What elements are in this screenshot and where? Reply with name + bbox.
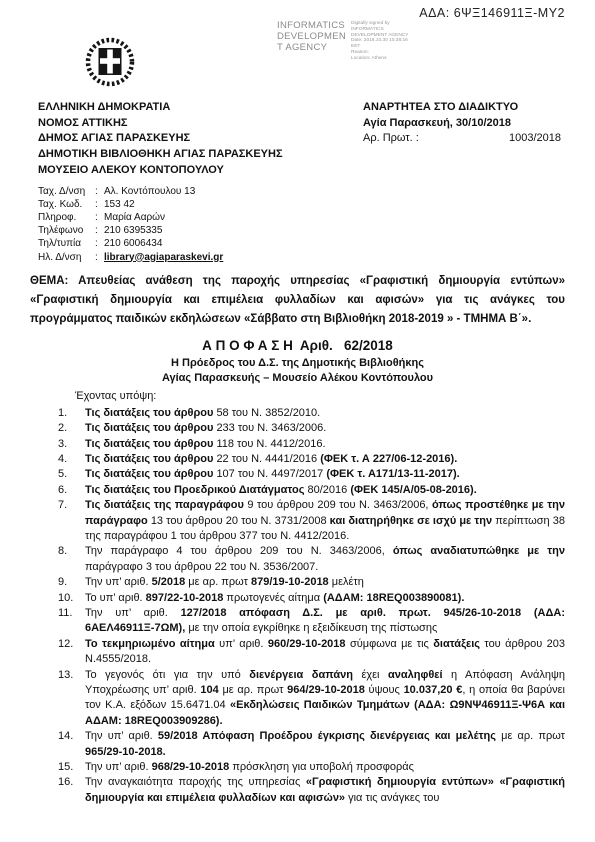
issuing-authority: ΕΛΛΗΝΙΚΗ ΔΗΜΟΚΡΑΤΙΑΝΟΜΟΣ ΑΤΤΙΚΗΣΔΗΜΟΣ ΑΓ… [38,100,283,179]
signature-agency-line: INFORMATICS [277,20,346,31]
legal-item-text: Το τεκμηριωμένο αίτημα [85,638,219,650]
legal-item-text: υπ’ αριθ. [219,638,268,650]
legal-item-text: 104 [200,684,222,696]
legal-item-text: Τις διατάξεις του άρθρου [85,407,216,419]
contact-value: 153 42 [104,198,135,211]
legal-item-text: 965/29-10-2018. [85,746,166,758]
legal-item-text: πρόσκληση για υποβολή προσφοράς [232,761,414,773]
contact-row: Ταχ. Δ/νση:Αλ. Κοντόπουλου 13 [38,185,595,198]
legal-item-number: 10. [58,591,73,606]
protocol-number: 1003/2018 [509,131,561,147]
legal-item-text: σύμφωνα με τις [350,638,433,650]
legal-item-text: παράγραφο 3 του άρθρου 22 του Ν. 3536/20… [85,561,318,573]
contact-value: Μαρία Ααρών [104,211,165,224]
legal-item-text: Την αναγκαιότητα παροχής της υπηρεσίας [85,776,306,788]
place-and-date: Αγία Παρασκευή, 30/10/2018 [363,116,561,132]
legal-item-number: 7. [58,498,67,513]
legal-item-number: 3. [58,437,67,452]
contact-label: Ηλ. Δ/νση [38,251,95,264]
legal-item-text: 964/29-10-2018 [287,684,368,696]
legal-item-text: 968/29-10-2018 [152,761,233,773]
legal-item-text: με αρ. πρωτ [222,684,287,696]
contact-colon: : [95,198,104,211]
contact-colon: : [95,251,104,264]
legal-item-text: Την υπ’ αριθ. [85,607,181,619]
legal-item-number: 16. [58,775,73,790]
legal-item-text: 897/22-10-2018 [146,592,227,604]
legal-item-text: Τις διατάξεις της παραγράφου [85,499,247,511]
contact-value: 210 6006434 [104,237,162,250]
authority-line: ΔΗΜΟΣ ΑΓΙΑΣ ΠΑΡΑΣΚΕΥΗΣ [38,131,283,147]
legal-item-text: (ΑΔΑΜ: 18REQ003890081). [323,592,464,604]
contact-email-link[interactable]: library@agiaparaskevi.gr [104,251,223,264]
contact-colon: : [95,185,104,198]
legal-item: 10.Το υπ’ αριθ. 897/22-10-2018 πρωτογενέ… [85,591,565,606]
subject-paragraph: ΘΕΜΑ: Απευθείας ανάθεση της παροχής υπηρ… [30,272,565,329]
legal-item-text: Τις διατάξεις του άρθρου [85,468,216,480]
protocol-label: Αρ. Πρωτ. : [363,131,419,147]
legal-item-number: 12. [58,637,73,652]
legal-item-text: 9 του άρθρου 209 του Ν. 3463/2006, [247,499,432,511]
legal-item: 4.Τις διατάξεις του άρθρου 22 του Ν. 444… [85,452,565,467]
contact-row: Ηλ. Δ/νση:library@agiaparaskevi.gr [38,251,595,264]
legal-item-text: 58 του Ν. 3852/2010. [216,407,320,419]
subject-label: ΘΕΜΑ: [30,275,68,287]
contact-value: 210 6395335 [104,224,162,237]
legal-item-number: 14. [58,729,73,744]
legal-item-text: διατάξεις [433,638,484,650]
legal-item: 16.Την αναγκαιότητα παροχής της υπηρεσία… [85,775,565,806]
legal-item-number: 8. [58,544,67,559]
decision-title: Α Π Ο Φ Α Σ Η Αριθ. 62/2018 [0,338,595,353]
legal-item-number: 4. [58,452,67,467]
legal-item-text: με την οποία εγκρίθηκε η εξειδίκευση της… [188,622,437,634]
legal-item: 15.Την υπ’ αριθ. 968/29-10-2018 πρόσκλησ… [85,760,565,775]
legal-item-number: 6. [58,483,67,498]
publish-notice: ΑΝΑΡΤΗΤΕΑ ΣΤΟ ΔΙΑΔΙΚΤΥΟ [363,100,561,116]
legal-item-number: 5. [58,467,67,482]
legal-item-text: Τις διατάξεις του άρθρου [85,422,216,434]
legal-item: 14.Την υπ’ αριθ. 59/2018 Απόφαση Προέδρο… [85,729,565,760]
legal-item-text: 10.037,20 € [404,684,463,696]
legal-item-text: 5/2018 [152,576,189,588]
protocol-row: Αρ. Πρωτ. : 1003/2018 [363,131,561,147]
legal-item-number: 1. [58,406,67,421]
legal-item-text: Τις διατάξεις του άρθρου [85,438,216,450]
legal-item-text: 59/2018 Απόφαση Προέδρου έγκρισης διενέρ… [158,730,501,742]
legal-item-text: 107 του Ν. 4497/2017 [216,468,326,480]
legal-item-text: Το γεγονός ότι για την υπό [85,669,249,681]
legal-item-text: έχει [361,669,388,681]
legal-item: 3.Τις διατάξεις του άρθρου 118 του Ν. 44… [85,437,565,452]
legal-item-text: πρωτογενές αίτημα [226,592,323,604]
legal-item: 12.Το τεκμηριωμένο αίτημα υπ’ αριθ. 960/… [85,637,565,668]
legal-item-number: 2. [58,421,67,436]
legal-item-text: 80/2016 [308,484,351,496]
legal-item-text: Την υπ’ αριθ. [85,761,152,773]
legal-item-text: όπως αναδιατυπώθηκε με την [393,545,565,557]
legal-item: 6.Τις διατάξεις του Προεδρικού Διατάγματ… [85,483,565,498]
preamble: Έχοντας υπόψη: [75,389,595,404]
legal-item-text: Τις διατάξεις του άρθρου [85,453,216,465]
legal-item-text: 879/19-10-2018 [251,576,332,588]
contact-row: Τηλ/τυπία:210 6006434 [38,237,595,250]
legal-item-text: ύψους [369,684,404,696]
legal-item-number: 11. [58,606,72,621]
legal-item-text: (ΦΕΚ τ. Α 227/06-12-2016). [320,453,457,465]
legal-item-text: Την παράγραφο 4 του άρθρου 209 του Ν. 34… [85,545,393,557]
signature-agency-name: INFORMATICSDEVELOPMENT AGENCY [277,20,346,62]
legal-item: 7.Τις διατάξεις της παραγράφου 9 του άρθ… [85,498,565,544]
contact-label: Τηλ/τυπία [38,237,95,250]
contact-row: Πληροφ.:Μαρία Ααρών [38,211,595,224]
document-page: ΑΔΑ: 6ΨΞ146911Ξ-ΜΥ2 INFORMATICSDEVELOPME… [0,0,595,842]
legal-item-text: 118 του Ν. 4412/2016. [216,438,325,450]
legal-item-text: αναληφθεί [388,669,451,681]
contact-colon: : [95,237,104,250]
decision-subtitle-2: Αγίας Παρασκευής – Μουσείο Αλέκου Κοντόπ… [0,371,595,386]
legal-item-number: 9. [58,575,67,590]
authority-line: ΔΗΜΟΤΙΚΗ ΒΙΒΛΙΟΘΗΚΗ ΑΓΙΑΣ ΠΑΡΑΣΚΕΥΗΣ [38,147,283,163]
signature-details: Digitally signed byINFORMATICSDEVELOPMEN… [351,20,409,62]
contact-colon: : [95,224,104,237]
authority-line: ΝΟΜΟΣ ΑΤΤΙΚΗΣ [38,116,283,132]
subject-text: Απευθείας ανάθεση της παροχής υπηρεσίας … [30,275,565,325]
legal-item-text: μελέτη [332,576,364,588]
legal-item: 9.Την υπ’ αριθ. 5/2018 με αρ. πρωτ 879/1… [85,575,565,590]
signature-detail-line: Location: Athens [351,56,409,62]
legal-item-text: με αρ. πρωτ [188,576,251,588]
legal-item-text: και διατηρήθηκε σε ισχύ με την [330,515,496,527]
legal-item-text: 960/29-10-2018 [268,638,350,650]
legal-item-text: με αρ. πρωτ [501,730,565,742]
contact-label: Πληροφ. [38,211,95,224]
signature-agency-line: T AGENCY [277,42,346,53]
legal-item-text: Τις διατάξεις του Προεδρικού Διατάγματος [85,484,308,496]
legal-item: 2.Τις διατάξεις του άρθρου 233 του Ν. 34… [85,421,565,436]
contact-row: Ταχ. Κωδ.:153 42 [38,198,595,211]
legal-item-text: (ΦΕΚ τ. Α171/13-11-2017). [326,468,459,480]
header-right: ΑΝΑΡΤΗΤΕΑ ΣΤΟ ΔΙΑΔΙΚΤΥΟ Αγία Παρασκευή, … [363,100,561,179]
legal-item: 8.Την παράγραφο 4 του άρθρου 209 του Ν. … [85,544,565,575]
signature-agency-line: DEVELOPMEN [277,31,346,42]
greek-coat-of-arms-icon [84,33,136,100]
digital-signature-stamp: INFORMATICSDEVELOPMENT AGENCY Digitally … [277,20,409,62]
legal-item-text: (ΦΕΚ 145/Α/05-08-2016). [350,484,476,496]
legal-item-text: Την υπ’ αριθ. [85,730,158,742]
legal-item-number: 15. [58,760,73,775]
legal-item-number: 13. [58,668,73,683]
legal-item: 11.Την υπ’ αριθ. 127/2018 απόφαση Δ.Σ. μ… [85,606,565,637]
contact-label: Ταχ. Κωδ. [38,198,95,211]
contact-value: Αλ. Κοντόπουλου 13 [104,185,195,198]
legal-item: 5.Τις διατάξεις του άρθρου 107 του Ν. 44… [85,467,565,482]
legal-item: 13.Το γεγονός ότι για την υπό διενέργεια… [85,668,565,730]
legal-item: 1.Τις διατάξεις του άρθρου 58 του Ν. 385… [85,406,565,421]
contact-colon: : [95,211,104,224]
authority-line: ΜΟΥΣΕΙΟ ΑΛΕΚΟΥ ΚΟΝΤΟΠΟΥΛΟΥ [38,163,283,179]
legal-item-text: Την υπ’ αριθ. [85,576,152,588]
legal-item-text: Το υπ’ αριθ. [85,592,146,604]
legal-item-text: 22 του Ν. 4441/2016 [216,453,320,465]
decision-subtitle-1: Η Πρόεδρος του Δ.Σ. της Δημοτικής Βιβλιο… [0,356,595,371]
legal-item-text: 233 του Ν. 3463/2006. [216,422,326,434]
contact-label: Τηλέφωνο [38,224,95,237]
contact-label: Ταχ. Δ/νση [38,185,95,198]
legal-item-text: διενέργεια δαπάνη [249,669,361,681]
contact-block: Ταχ. Δ/νση:Αλ. Κοντόπουλου 13Ταχ. Κωδ.:1… [38,185,595,264]
legal-list: 1.Τις διατάξεις του άρθρου 58 του Ν. 385… [85,406,565,807]
legal-item-text: 13 του άρθρου 20 του Ν. 3731/2008 [151,515,330,527]
legal-item-text: για τις ανάγκες του [348,792,439,804]
contact-row: Τηλέφωνο:210 6395335 [38,224,595,237]
ada-code: ΑΔΑ: 6ΨΞ146911Ξ-ΜΥ2 [419,6,565,20]
authority-line: ΕΛΛΗΝΙΚΗ ΔΗΜΟΚΡΑΤΙΑ [38,100,283,116]
